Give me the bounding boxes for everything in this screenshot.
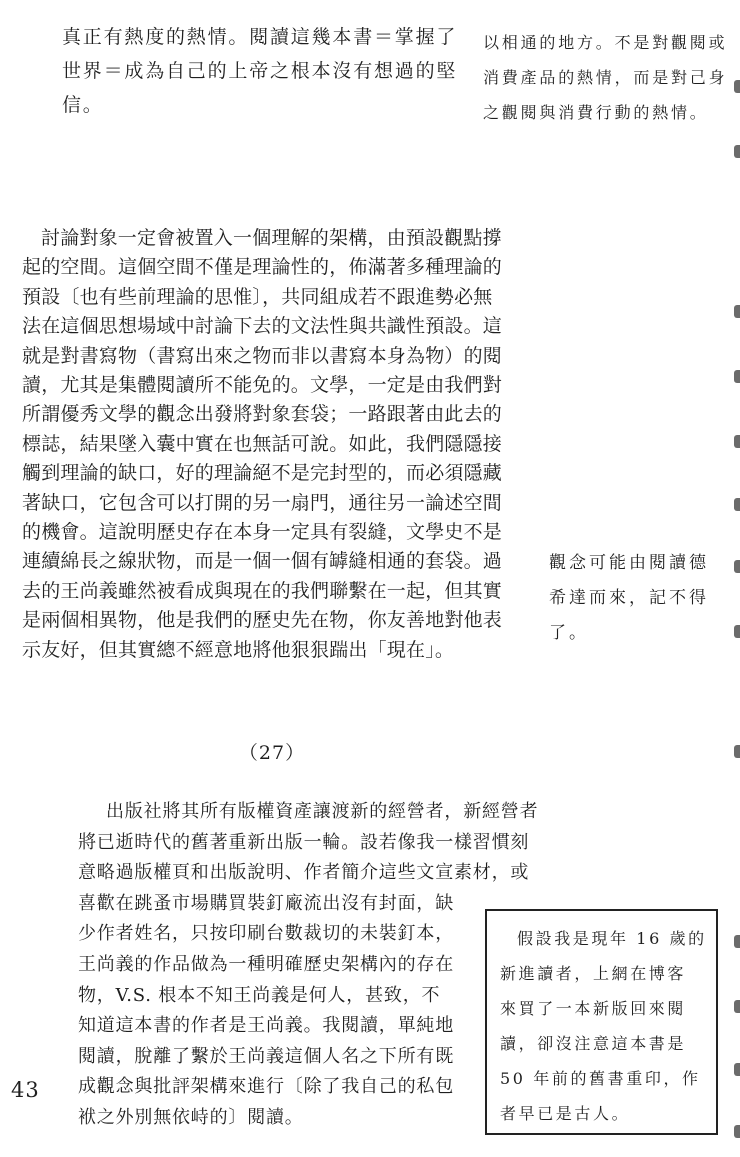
text-line: 希達而來，記不得 bbox=[549, 581, 727, 616]
continued-paragraph: 真正有熱度的熱情。閱讀這幾本書＝掌握了 世界＝成為自己的上帝之根本沒有想過的堅 … bbox=[62, 20, 464, 122]
text-line: 連續綿長之線狀物，而是一個一個有罅縫相通的套袋。過 bbox=[22, 547, 512, 576]
section-number: （27） bbox=[22, 738, 522, 765]
text-line: 新進讀者，上網在博客 bbox=[500, 956, 710, 991]
text-line: 讀，尤其是集體閱讀所不能免的。文學，一定是由我們對 bbox=[22, 371, 512, 400]
text-line: 起的空間。這個空間不僅是理論性的，佈滿著多種理論的 bbox=[22, 253, 512, 282]
text-line: 著缺口，它包含可以打開的另一扇門，通往另一論述空間 bbox=[22, 489, 512, 518]
text-line: 成觀念與批評架構來進行〔除了我自己的私包 bbox=[78, 1072, 538, 1103]
text-line: 閱讀，脫離了繫於王尚義這個人名之下所有既 bbox=[78, 1042, 538, 1073]
scan-artifact bbox=[734, 305, 740, 318]
scan-artifact bbox=[734, 1063, 740, 1076]
text-line: 觀念可能由閱讀德 bbox=[549, 546, 727, 581]
scan-artifact bbox=[734, 1000, 740, 1013]
text-line: 世界＝成為自己的上帝之根本沒有想過的堅 bbox=[62, 54, 464, 88]
text-line: 了。 bbox=[549, 616, 727, 651]
text-line: 王尚義的作品做為一種明確歷史架構內的存在 bbox=[78, 950, 538, 981]
text-line: 消費產品的熱情，而是對己身 bbox=[483, 60, 731, 95]
text-line: 50 年前的舊書重印，作 bbox=[500, 1061, 710, 1096]
text-line: 將已逝時代的舊著重新出版一輪。設若像我一樣習慣刻 bbox=[78, 828, 538, 859]
text-line: 就是對書寫物（書寫出來之物而非以書寫本身為物）的閱 bbox=[22, 342, 512, 371]
text-line: 袱之外別無依峙的〕閱讀。 bbox=[78, 1103, 538, 1134]
side-margin-note: 觀念可能由閱讀德 希達而來，記不得 了。 bbox=[549, 546, 727, 651]
scan-artifact bbox=[734, 435, 740, 448]
text-line: 示友好，但其實總不經意地將他狠狠踹出「現在」。 bbox=[22, 636, 512, 665]
scan-artifact bbox=[734, 80, 740, 93]
text-line: 真正有熱度的熱情。閱讀這幾本書＝掌握了 bbox=[62, 20, 464, 54]
text-line: 意略過版權頁和出版說明、作者簡介這些文宣素材，或 bbox=[78, 858, 538, 889]
scan-artifact bbox=[734, 498, 740, 511]
scan-artifact bbox=[734, 935, 740, 948]
scan-artifact bbox=[734, 560, 740, 573]
scan-artifact bbox=[734, 745, 740, 758]
text-line: 讀，卻沒注意這本書是 bbox=[500, 1026, 710, 1061]
scan-artifact bbox=[734, 370, 740, 383]
text-line: 法在這個思想場域中討論下去的文法性與共識性預設。這 bbox=[22, 312, 512, 341]
text-line: 預設〔也有些前理論的思惟〕，共同組成若不跟進勢必無 bbox=[22, 283, 512, 312]
scan-artifact bbox=[734, 145, 740, 158]
text-line: 以相通的地方。不是對觀閱或 bbox=[483, 25, 731, 60]
text-line: 信。 bbox=[62, 88, 464, 122]
text-line: 來買了一本新版回來閱 bbox=[500, 991, 710, 1026]
text-line: 少作者姓名，只按印刷台數裁切的未裝釘本， bbox=[78, 919, 538, 950]
top-margin-note: 以相通的地方。不是對觀閱或 消費產品的熱情，而是對己身 之觀閱與消費行動的熱情。 bbox=[483, 25, 731, 130]
text-line: 去的王尚義雖然被看成與現在的我們聯繫在一起，但其實 bbox=[22, 577, 512, 606]
scan-artifact bbox=[734, 625, 740, 638]
text-line: 出版社將其所有版權資產讓渡新的經營者，新經營者 bbox=[78, 797, 538, 828]
text-line: 的機會。這說明歷史存在本身一定具有裂縫，文學史不是 bbox=[22, 518, 512, 547]
text-line: 觸到理論的缺口，好的理論絕不是完封型的，而必須隱藏 bbox=[22, 459, 512, 488]
text-line: 喜歡在跳蚤市場購買裝釘廠流出沒有封面，缺 bbox=[78, 889, 538, 920]
text-line: 所謂優秀文學的觀念出發將對象套袋；一路跟著由此去的 bbox=[22, 400, 512, 429]
text-line: 之觀閱與消費行動的熱情。 bbox=[483, 95, 731, 130]
text-line: 假設我是現年 16 歲的 bbox=[500, 921, 710, 956]
text-line: 是兩個相異物，他是我們的歷史先在物，你友善地對他表 bbox=[22, 606, 512, 635]
text-line: 者早已是古人。 bbox=[500, 1096, 710, 1131]
text-line: 討論對象一定會被置入一個理解的架構，由預設觀點撐 bbox=[22, 224, 512, 253]
main-paragraph: 討論對象一定會被置入一個理解的架構，由預設觀點撐 起的空間。這個空間不僅是理論性… bbox=[22, 224, 512, 665]
text-line: 物，V.S. 根本不知王尚義是何人，甚致，不 bbox=[78, 981, 538, 1012]
scan-artifact bbox=[734, 1125, 740, 1138]
text-line: 標誌，結果墜入囊中實在也無話可說。如此，我們隱隱接 bbox=[22, 430, 512, 459]
page-number: 43 bbox=[11, 1078, 40, 1102]
bottom-paragraph: 出版社將其所有版權資產讓渡新的經營者，新經營者 將已逝時代的舊著重新出版一輪。設… bbox=[78, 797, 538, 1134]
text-line: 知道這本書的作者是王尚義。我閱讀，單純地 bbox=[78, 1011, 538, 1042]
boxed-margin-note: 假設我是現年 16 歲的 新進讀者，上網在博客 來買了一本新版回來閱 讀，卻沒注… bbox=[485, 909, 718, 1135]
